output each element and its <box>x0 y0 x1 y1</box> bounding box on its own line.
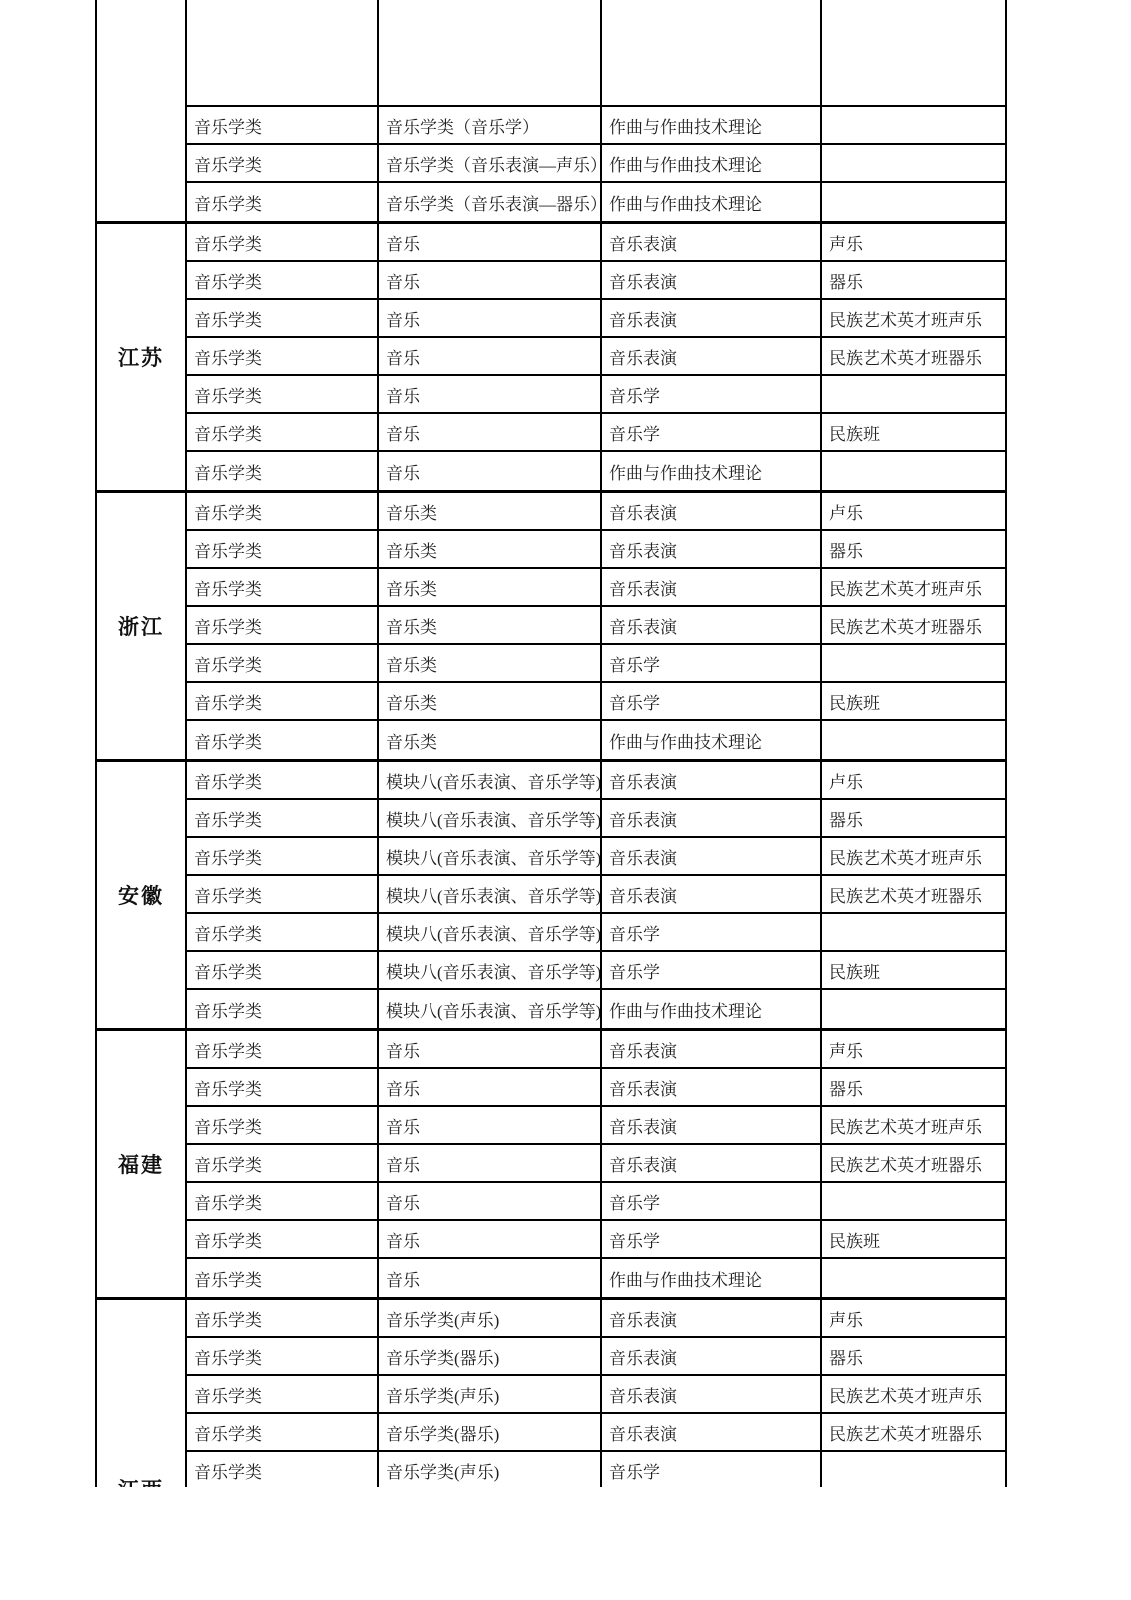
table-row: 音乐学类模块八(音乐表演、音乐学等)音乐表演卢乐 <box>187 762 1005 800</box>
province-cell: 江苏 <box>97 224 187 490</box>
table-cell <box>822 0 1005 105</box>
table-cell: 民族艺术英才班声乐 <box>822 838 1005 874</box>
table-cell: 音乐类 <box>379 683 602 719</box>
table-cell: 音乐学类 <box>187 1107 379 1143</box>
table-cell: 音乐学类 <box>187 645 379 681</box>
table-cell: 作曲与作曲技术理论 <box>602 452 822 490</box>
table-row: 音乐学类模块八(音乐表演、音乐学等)音乐学 <box>187 914 1005 952</box>
table-cell: 民族艺术英才班声乐 <box>822 1107 1005 1143</box>
table-cell: 音乐学类 <box>187 1145 379 1181</box>
section-rows: 音乐学类音乐学类(声乐)音乐表演声乐音乐学类音乐学类(器乐)音乐表演器乐音乐学类… <box>187 1300 1005 1487</box>
table-cell: 作曲与作曲技术理论 <box>602 145 822 181</box>
province-cell: 江西 <box>97 1300 187 1487</box>
table-cell: 音乐学类 <box>187 1376 379 1412</box>
table-cell: 音乐学类 <box>187 838 379 874</box>
table-cell: 音乐 <box>379 1145 602 1181</box>
table-cell: 民族班 <box>822 414 1005 450</box>
table-cell: 音乐表演 <box>602 1107 822 1143</box>
table-cell: 音乐学类（音乐学） <box>379 107 602 143</box>
table-cell: 音乐学类 <box>187 876 379 912</box>
table-cell: 音乐学 <box>602 414 822 450</box>
table-row: 音乐学类音乐音乐表演声乐 <box>187 224 1005 262</box>
table-row-clipped <box>187 0 1005 107</box>
table-cell: 音乐学类 <box>187 145 379 181</box>
table-cell: 作曲与作曲技术理论 <box>602 990 822 1028</box>
table-row: 音乐学类音乐音乐表演器乐 <box>187 1069 1005 1107</box>
table-cell: 音乐学类 <box>187 224 379 260</box>
table-cell: 音乐学类 <box>187 914 379 950</box>
table-cell: 民族班 <box>822 1221 1005 1257</box>
table-cell: 音乐学类 <box>187 762 379 798</box>
table-cell: 模块八(音乐表演、音乐学等) <box>379 952 602 988</box>
table-cell: 模块八(音乐表演、音乐学等) <box>379 990 602 1028</box>
table-cell: 模块八(音乐表演、音乐学等) <box>379 914 602 950</box>
table-cell: 音乐学类(器乐) <box>379 1338 602 1374</box>
table-row: 音乐学类音乐学类(声乐)音乐表演民族艺术英才班声乐 <box>187 1376 1005 1414</box>
table-cell: 音乐学类 <box>187 338 379 374</box>
table-row: 音乐学类音乐类音乐表演卢乐 <box>187 493 1005 531</box>
table-row: 音乐学类音乐音乐学 <box>187 376 1005 414</box>
section-rows: 音乐学类音乐类音乐表演卢乐音乐学类音乐类音乐表演器乐音乐学类音乐类音乐表演民族艺… <box>187 493 1005 759</box>
table-cell: 器乐 <box>822 800 1005 836</box>
table-cell: 民族艺术英才班器乐 <box>822 1145 1005 1181</box>
table-cell: 卢乐 <box>822 493 1005 529</box>
table-cell: 音乐学类（音乐表演—声乐） <box>379 145 602 181</box>
table-cell: 音乐 <box>379 414 602 450</box>
table-row: 音乐学类音乐音乐学民族班 <box>187 1221 1005 1259</box>
table-cell: 民族班 <box>822 952 1005 988</box>
section-rows: 音乐学类模块八(音乐表演、音乐学等)音乐表演卢乐音乐学类模块八(音乐表演、音乐学… <box>187 762 1005 1028</box>
table-cell: 音乐 <box>379 1259 602 1297</box>
table-cell: 音乐学类 <box>187 990 379 1028</box>
table-row: 音乐学类音乐学类（音乐表演—声乐）作曲与作曲技术理论 <box>187 145 1005 183</box>
table-cell: 音乐表演 <box>602 531 822 567</box>
table-cell: 音乐学类 <box>187 721 379 759</box>
table-cell: 音乐学类 <box>187 414 379 450</box>
table-cell: 音乐表演 <box>602 1300 822 1336</box>
table-cell: 声乐 <box>822 1031 1005 1067</box>
table-cell: 音乐表演 <box>602 493 822 529</box>
table-row: 音乐学类音乐作曲与作曲技术理论 <box>187 1259 1005 1297</box>
table-cell: 音乐类 <box>379 721 602 759</box>
table-cell: 音乐学类 <box>187 531 379 567</box>
table-cell: 器乐 <box>822 531 1005 567</box>
table-cell: 音乐 <box>379 1031 602 1067</box>
table-cell <box>822 1183 1005 1219</box>
table-cell: 作曲与作曲技术理论 <box>602 107 822 143</box>
document-page: 音乐学类音乐学类（音乐学）作曲与作曲技术理论音乐学类音乐学类（音乐表演—声乐）作… <box>0 0 1131 1600</box>
table-section: 安徽音乐学类模块八(音乐表演、音乐学等)音乐表演卢乐音乐学类模块八(音乐表演、音… <box>97 759 1005 1028</box>
table-row: 音乐学类音乐类音乐学民族班 <box>187 683 1005 721</box>
table-cell: 音乐学类 <box>187 262 379 298</box>
table-cell: 音乐学类 <box>187 376 379 412</box>
table-cell <box>822 452 1005 490</box>
province-cell <box>97 0 187 221</box>
table-cell <box>822 145 1005 181</box>
section-rows: 音乐学类音乐学类（音乐学）作曲与作曲技术理论音乐学类音乐学类（音乐表演—声乐）作… <box>187 0 1005 221</box>
table-section: 江苏音乐学类音乐音乐表演声乐音乐学类音乐音乐表演器乐音乐学类音乐音乐表演民族艺术… <box>97 221 1005 490</box>
table-cell: 音乐学类(声乐) <box>379 1376 602 1412</box>
table-cell: 音乐学类 <box>187 183 379 221</box>
table-row: 音乐学类音乐学类(声乐)音乐表演声乐 <box>187 1300 1005 1338</box>
table-cell <box>822 1452 1005 1487</box>
province-cell: 福建 <box>97 1031 187 1297</box>
table-cell: 音乐类 <box>379 531 602 567</box>
table-cell: 音乐表演 <box>602 224 822 260</box>
table-cell: 音乐 <box>379 224 602 260</box>
table-cell: 民族艺术英才班器乐 <box>822 1414 1005 1450</box>
table-row: 音乐学类音乐类作曲与作曲技术理论 <box>187 721 1005 759</box>
table-cell: 音乐学 <box>602 1183 822 1219</box>
table-cell: 音乐学类 <box>187 493 379 529</box>
table-cell <box>822 183 1005 221</box>
table-row: 音乐学类模块八(音乐表演、音乐学等)音乐表演民族艺术英才班声乐 <box>187 838 1005 876</box>
table-cell: 音乐 <box>379 1107 602 1143</box>
table-cell: 音乐 <box>379 376 602 412</box>
table-row: 音乐学类音乐学类(声乐)音乐学 <box>187 1452 1005 1487</box>
table-row: 音乐学类音乐学类（音乐学）作曲与作曲技术理论 <box>187 107 1005 145</box>
table-cell: 音乐类 <box>379 569 602 605</box>
table-row: 音乐学类音乐音乐表演民族艺术英才班器乐 <box>187 1145 1005 1183</box>
province-label: 安徽 <box>97 880 185 910</box>
table-cell: 音乐学类 <box>187 1069 379 1105</box>
table-cell: 音乐表演 <box>602 762 822 798</box>
table-cell: 音乐 <box>379 452 602 490</box>
table-row: 音乐学类音乐学类(器乐)音乐表演器乐 <box>187 1338 1005 1376</box>
table-cell: 音乐表演 <box>602 1414 822 1450</box>
table-row: 音乐学类音乐学类(器乐)音乐表演民族艺术英才班器乐 <box>187 1414 1005 1452</box>
table-cell <box>379 0 602 105</box>
table-cell <box>822 990 1005 1028</box>
table-cell: 音乐 <box>379 338 602 374</box>
table-cell: 作曲与作曲技术理论 <box>602 1259 822 1297</box>
table-section: 浙江音乐学类音乐类音乐表演卢乐音乐学类音乐类音乐表演器乐音乐学类音乐类音乐表演民… <box>97 490 1005 759</box>
table-cell: 民族艺术英才班器乐 <box>822 607 1005 643</box>
table-cell: 音乐表演 <box>602 838 822 874</box>
table-cell: 音乐表演 <box>602 1145 822 1181</box>
table-cell: 民族班 <box>822 683 1005 719</box>
table-row: 音乐学类模块八(音乐表演、音乐学等)音乐表演器乐 <box>187 800 1005 838</box>
table-cell: 器乐 <box>822 262 1005 298</box>
table-row: 音乐学类音乐音乐学 <box>187 1183 1005 1221</box>
table-cell: 音乐学 <box>602 914 822 950</box>
table-cell: 音乐学 <box>602 952 822 988</box>
province-label: 福建 <box>97 1149 185 1179</box>
province-label: 江西 <box>97 1480 185 1487</box>
table-row: 音乐学类模块八(音乐表演、音乐学等)音乐表演民族艺术英才班器乐 <box>187 876 1005 914</box>
table-cell: 音乐学类 <box>187 1338 379 1374</box>
table-cell: 民族艺术英才班声乐 <box>822 1376 1005 1412</box>
table-cell: 器乐 <box>822 1338 1005 1374</box>
table-cell <box>822 376 1005 412</box>
table-cell: 音乐学类 <box>187 1031 379 1067</box>
table-cell: 民族艺术英才班器乐 <box>822 338 1005 374</box>
table-cell: 音乐表演 <box>602 569 822 605</box>
table-cell: 音乐表演 <box>602 1069 822 1105</box>
table-cell <box>822 914 1005 950</box>
table-cell: 声乐 <box>822 1300 1005 1336</box>
section-rows: 音乐学类音乐音乐表演声乐音乐学类音乐音乐表演器乐音乐学类音乐音乐表演民族艺术英才… <box>187 224 1005 490</box>
table-cell: 音乐学类（音乐表演—器乐） <box>379 183 602 221</box>
table-cell: 音乐学类 <box>187 300 379 336</box>
table-cell: 模块八(音乐表演、音乐学等) <box>379 838 602 874</box>
table-row: 音乐学类音乐音乐表演民族艺术英才班器乐 <box>187 338 1005 376</box>
table-cell: 音乐学 <box>602 683 822 719</box>
table-cell: 音乐表演 <box>602 300 822 336</box>
province-label: 江苏 <box>97 342 185 372</box>
table-cell: 音乐学 <box>602 376 822 412</box>
table-cell: 作曲与作曲技术理论 <box>602 721 822 759</box>
table-cell: 音乐学类(声乐) <box>379 1452 602 1487</box>
table-cell: 民族艺术英才班器乐 <box>822 876 1005 912</box>
table-cell: 音乐类 <box>379 607 602 643</box>
table-cell: 音乐 <box>379 300 602 336</box>
table-section: 福建音乐学类音乐音乐表演声乐音乐学类音乐音乐表演器乐音乐学类音乐音乐表演民族艺术… <box>97 1028 1005 1297</box>
table-row: 音乐学类音乐类音乐表演器乐 <box>187 531 1005 569</box>
table-row: 音乐学类音乐类音乐表演民族艺术英才班器乐 <box>187 607 1005 645</box>
table-cell <box>822 721 1005 759</box>
province-cell: 浙江 <box>97 493 187 759</box>
table-cell: 音乐学类 <box>187 1452 379 1487</box>
table-cell: 音乐表演 <box>602 262 822 298</box>
table-cell: 音乐学类 <box>187 107 379 143</box>
table-cell: 音乐表演 <box>602 607 822 643</box>
table-cell: 音乐学类 <box>187 452 379 490</box>
table-cell: 音乐 <box>379 1069 602 1105</box>
table-cell: 卢乐 <box>822 762 1005 798</box>
table-row: 音乐学类音乐音乐学民族班 <box>187 414 1005 452</box>
table-cell: 模块八(音乐表演、音乐学等) <box>379 762 602 798</box>
table-cell: 模块八(音乐表演、音乐学等) <box>379 800 602 836</box>
table-cell: 音乐学类(声乐) <box>379 1300 602 1336</box>
table-cell: 音乐学 <box>602 645 822 681</box>
table-cell: 音乐学类 <box>187 607 379 643</box>
table-cell: 音乐学类 <box>187 1300 379 1336</box>
table-cell: 音乐表演 <box>602 800 822 836</box>
table-cell: 音乐表演 <box>602 1376 822 1412</box>
table-cell: 音乐学 <box>602 1221 822 1257</box>
table-section: 江西音乐学类音乐学类(声乐)音乐表演声乐音乐学类音乐学类(器乐)音乐表演器乐音乐… <box>97 1297 1005 1487</box>
table-cell: 音乐学类 <box>187 1221 379 1257</box>
table-cell: 器乐 <box>822 1069 1005 1105</box>
table-cell <box>822 1259 1005 1297</box>
table-cell <box>822 107 1005 143</box>
table-row: 音乐学类音乐音乐表演器乐 <box>187 262 1005 300</box>
table-section: 音乐学类音乐学类（音乐学）作曲与作曲技术理论音乐学类音乐学类（音乐表演—声乐）作… <box>97 0 1005 221</box>
table-row: 音乐学类音乐类音乐表演民族艺术英才班声乐 <box>187 569 1005 607</box>
section-rows: 音乐学类音乐音乐表演声乐音乐学类音乐音乐表演器乐音乐学类音乐音乐表演民族艺术英才… <box>187 1031 1005 1297</box>
table-cell: 音乐表演 <box>602 876 822 912</box>
table-cell: 音乐学类 <box>187 569 379 605</box>
table-cell: 音乐表演 <box>602 1031 822 1067</box>
table-cell: 音乐类 <box>379 645 602 681</box>
table-cell: 音乐 <box>379 1183 602 1219</box>
table-cell: 音乐学类 <box>187 952 379 988</box>
province-cell: 安徽 <box>97 762 187 1028</box>
table-cell: 音乐学类 <box>187 1183 379 1219</box>
table-cell <box>822 645 1005 681</box>
table-cell <box>187 0 379 105</box>
table-cell: 作曲与作曲技术理论 <box>602 183 822 221</box>
table-cell: 音乐学类(器乐) <box>379 1414 602 1450</box>
table-cell: 音乐学类 <box>187 683 379 719</box>
table-row: 音乐学类模块八(音乐表演、音乐学等)音乐学民族班 <box>187 952 1005 990</box>
table-cell: 民族艺术英才班声乐 <box>822 300 1005 336</box>
table-cell: 音乐学类 <box>187 800 379 836</box>
table-row: 音乐学类模块八(音乐表演、音乐学等)作曲与作曲技术理论 <box>187 990 1005 1028</box>
table-cell: 音乐学 <box>602 1452 822 1487</box>
table-cell: 民族艺术英才班声乐 <box>822 569 1005 605</box>
table-row: 音乐学类音乐音乐表演民族艺术英才班声乐 <box>187 1107 1005 1145</box>
table-cell <box>602 0 822 105</box>
table-cell: 音乐 <box>379 262 602 298</box>
table-cell: 音乐表演 <box>602 1338 822 1374</box>
table-cell: 模块八(音乐表演、音乐学等) <box>379 876 602 912</box>
table-cell: 音乐 <box>379 1221 602 1257</box>
province-label: 浙江 <box>97 611 185 641</box>
table-row: 音乐学类音乐作曲与作曲技术理论 <box>187 452 1005 490</box>
table-row: 音乐学类音乐类音乐学 <box>187 645 1005 683</box>
table-cell: 音乐学类 <box>187 1259 379 1297</box>
table-cell: 声乐 <box>822 224 1005 260</box>
table-cell: 音乐学类 <box>187 1414 379 1450</box>
table-cell: 音乐表演 <box>602 338 822 374</box>
table-row: 音乐学类音乐学类（音乐表演—器乐）作曲与作曲技术理论 <box>187 183 1005 221</box>
table-cell: 音乐类 <box>379 493 602 529</box>
table-row: 音乐学类音乐音乐表演民族艺术英才班声乐 <box>187 300 1005 338</box>
table-row: 音乐学类音乐音乐表演声乐 <box>187 1031 1005 1069</box>
category-table: 音乐学类音乐学类（音乐学）作曲与作曲技术理论音乐学类音乐学类（音乐表演—声乐）作… <box>95 0 1007 1487</box>
